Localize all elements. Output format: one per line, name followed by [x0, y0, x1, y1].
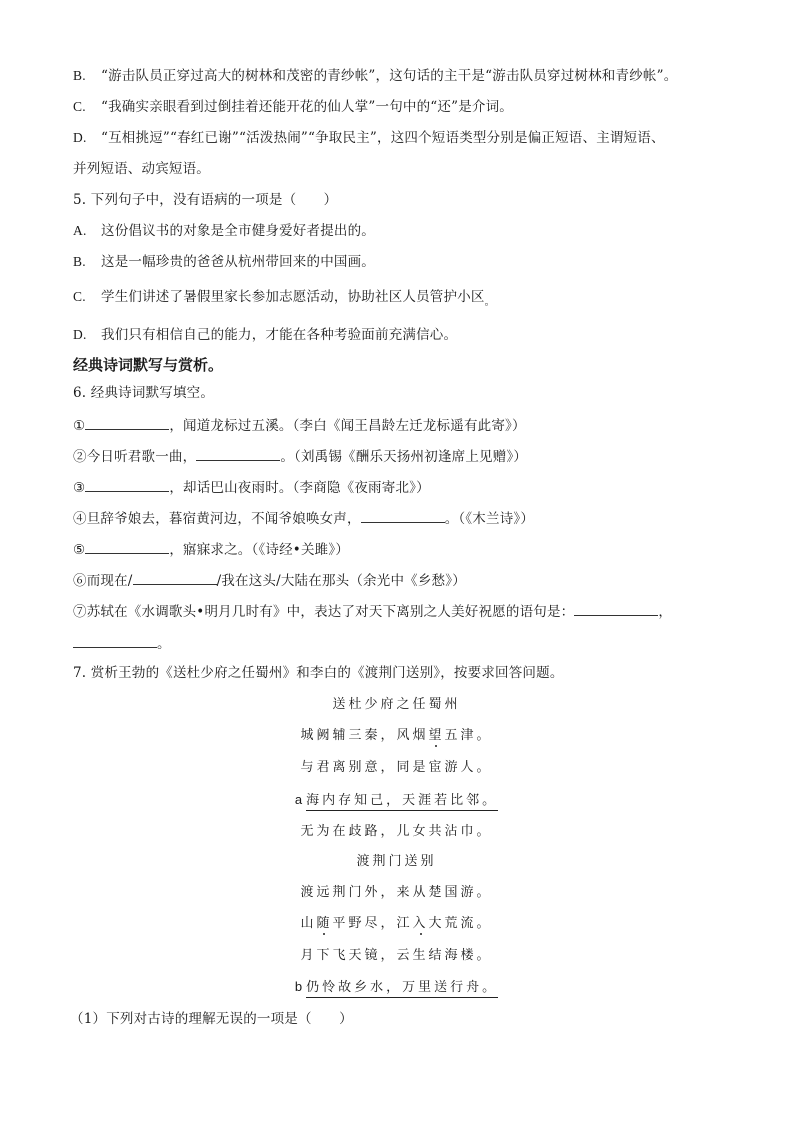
q5-option-a: A.这份倡议书的对象是全市健身爱好者提出的。 [73, 222, 375, 240]
item-text-after: 。（《木兰诗》） [445, 511, 534, 527]
fill-blank[interactable] [133, 570, 217, 585]
q4-option-d: D.“互相挑逗”“春红已谢”“活泼热闹”“争取民主”，这四个短语类型分别是偏正短… [73, 129, 665, 147]
poem1-title: 送杜少府之任蜀州 [0, 696, 793, 714]
option-letter: C. [73, 288, 101, 306]
item-text-after: 。（刘禹锡《酬乐天扬州初逢席上见赠》） [280, 449, 527, 465]
fill-blank[interactable] [361, 508, 445, 523]
q4-option-d-continued: 并列短语、动宾短语。 [73, 160, 210, 178]
option-text-continued: 并列短语、动宾短语。 [73, 161, 210, 177]
option-text: 这是一幅珍贵的爸爸从杭州带回来的中国画。 [101, 254, 375, 270]
fill-blank[interactable] [85, 415, 169, 430]
item-number: ⑦ [73, 604, 87, 620]
item-number: ④ [73, 511, 87, 527]
option-text: 我们只有相信自己的能力，才能在各种考验面前充满信心。 [101, 327, 457, 343]
option-letter: D. [73, 129, 101, 147]
q6-item-6: ⑥而现在//我在这头/大陆在那头（余光中《乡愁》） [73, 570, 466, 590]
item-text-after: /我在这头/大陆在那头（余光中《乡愁》） [217, 573, 466, 589]
item-number: ⑥ [73, 573, 87, 589]
q6-item-5: ⑤，寤寐求之。（《诗经•关雎》） [73, 539, 349, 559]
option-text: 学生们讲述了暑假里家长参加志愿活动，协助社区人员管护小区 [101, 289, 485, 305]
q6-item-7-continued: 。 [73, 633, 171, 653]
poem2-line-1: 渡远荆门外，来从楚国游。 [0, 884, 793, 902]
item-text-after: ， [658, 604, 672, 620]
option-letter: D. [73, 326, 101, 344]
option-letter: B. [73, 67, 101, 85]
item-text-before: 苏轼在《水调歌头•明月几时有》中，表达了对天下离别之人美好祝愿的语句是： [87, 604, 575, 620]
item-text-before: 而现在/ [87, 573, 133, 589]
item-number: ② [73, 449, 87, 465]
q6-item-3: ③，却话巴山夜雨时。（李商隐《夜雨寄北》） [73, 477, 430, 497]
item-number: ⑤ [73, 542, 85, 558]
q6-item-2: ②今日听君歌一曲，。（刘禹锡《酬乐天扬州初逢席上见赠》） [73, 446, 527, 466]
fill-blank[interactable] [85, 539, 169, 554]
q4-option-c: C.“我确实亲眼看到过倒挂着还能开花的仙人掌”一句中的“还”是介词。 [73, 98, 513, 116]
option-letter: A. [73, 222, 101, 240]
poem2-line-4: b仍怜故乡水，万里送行舟。 [0, 978, 793, 997]
option-letter: B. [73, 253, 101, 271]
poem2-line-3: 月下飞天镜，云生结海楼。 [0, 947, 793, 965]
fill-blank[interactable] [196, 446, 280, 461]
fill-blank[interactable] [574, 601, 658, 616]
q6-item-4: ④旦辞爷娘去，暮宿黄河边，不闻爷娘唤女声，。（《木兰诗》） [73, 508, 534, 528]
poem2-title: 渡荆门送别 [0, 853, 793, 871]
item-text-after: ，寤寐求之。（《诗经•关雎》） [169, 542, 349, 558]
q6-item-7: ⑦苏轼在《水调歌头•明月几时有》中，表达了对天下离别之人美好祝愿的语句是：， [73, 601, 672, 621]
fill-blank[interactable] [73, 633, 157, 648]
underlined-line: 仍怜故乡水，万里送行舟。 [306, 980, 498, 998]
item-number: ① [73, 418, 85, 434]
q6-stem: 6. 经典诗词默写填空。 [73, 384, 214, 402]
q5-option-c: C.学生们讲述了暑假里家长参加志愿活动，协助社区人员管护小区。 [73, 288, 495, 308]
q7-stem: 7. 赏析王勃的《送杜少府之任蜀州》和李白的《渡荆门送别》，按要求回答问题。 [73, 664, 564, 682]
q5-option-b: B.这是一幅珍贵的爸爸从杭州带回来的中国画。 [73, 253, 375, 271]
q5-stem: 5. 下列句子中，没有语病的一项是（ ） [73, 191, 337, 209]
fill-blank[interactable] [85, 477, 169, 492]
item-text-before: 旦辞爷娘去，暮宿黄河边，不闻爷娘唤女声， [87, 511, 361, 527]
marker-label: b [295, 979, 302, 994]
option-text: 这份倡议书的对象是全市健身爱好者提出的。 [101, 223, 375, 239]
item-text-before: 今日听君歌一曲， [87, 449, 197, 465]
q7-sub1-stem: （1）下列对古诗的理解无误的一项是（ ） [70, 1010, 353, 1028]
poem1-line-4: 无为在歧路，儿女共沾巾。 [0, 823, 793, 841]
item-text-after: ，却话巴山夜雨时。（李商隐《夜雨寄北》） [169, 480, 430, 496]
option-end-mark: 。 [485, 297, 495, 308]
option-letter: C. [73, 98, 101, 116]
option-text: “互相挑逗”“春红已谢”“活泼热闹”“争取民主”，这四个短语类型分别是偏正短语、… [101, 130, 665, 146]
option-text: “我确实亲眼看到过倒挂着还能开花的仙人掌”一句中的“还”是介词。 [101, 99, 513, 115]
poem2-line-2: 山随平野尽，江入大荒流。 [0, 915, 793, 933]
section-heading: 经典诗词默写与赏析。 [73, 354, 223, 375]
underlined-line: 海内存知己，天涯若比邻。 [306, 793, 498, 811]
q4-option-b: B.“游击队员正穿过高大的树林和茂密的青纱帐”，这句话的主干是“游击队员穿过树林… [73, 67, 677, 85]
q5-option-d: D.我们只有相信自己的能力，才能在各种考验面前充满信心。 [73, 326, 457, 344]
option-text: “游击队员正穿过高大的树林和茂密的青纱帐”，这句话的主干是“游击队员穿过树林和青… [101, 68, 677, 84]
marker-label: a [295, 792, 302, 807]
poem1-line-3: a海内存知己，天涯若比邻。 [0, 791, 793, 810]
poem1-line-1: 城阙辅三秦，风烟望五津。 [0, 727, 793, 745]
item-text-after: 。 [157, 636, 171, 652]
poem1-line-2: 与君离别意，同是宦游人。 [0, 759, 793, 777]
q6-item-1: ①，闻道龙标过五溪。（李白《闻王昌龄左迁龙标遥有此寄》） [73, 415, 526, 435]
item-text-after: ，闻道龙标过五溪。（李白《闻王昌龄左迁龙标遥有此寄》） [169, 418, 525, 434]
document-page: B.“游击队员正穿过高大的树林和茂密的青纱帐”，这句话的主干是“游击队员穿过树林… [0, 0, 793, 1122]
item-number: ③ [73, 480, 85, 496]
